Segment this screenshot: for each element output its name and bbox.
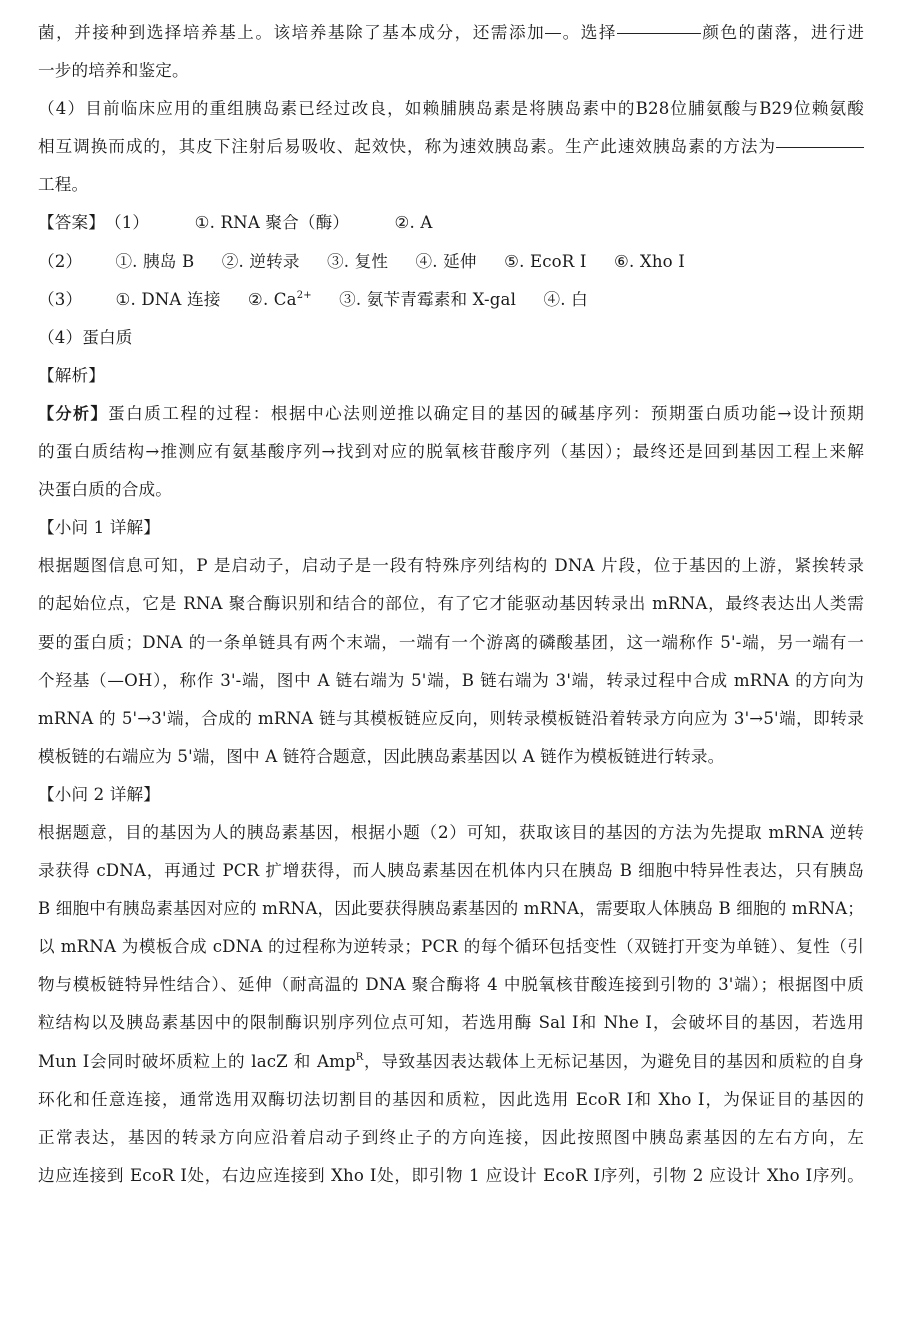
sub2-line-4: 以 mRNA 为模板合成 cDNA 的过程称为逆转录；PCR 的每个循环包括变性… xyxy=(38,928,864,966)
answer-item: ⑤. EcoR Ⅰ xyxy=(504,243,587,281)
answer-row-2: （2） ①. 胰岛 B ②. 逆转录 ③. 复性 ④. 延伸 ⑤. EcoR Ⅰ… xyxy=(38,243,864,281)
answer-item: 蛋白质 xyxy=(82,328,132,347)
answer-item: ②. Ca2+ xyxy=(248,281,312,319)
answer-item: ③. 复性 xyxy=(327,243,388,281)
analysis-line-2: 的蛋白质结构→推测应有氨基酸序列→找到对应的脱氧核苷酸序列（基因）；最终还是回到… xyxy=(38,433,864,471)
question-4-line-2: 相互调换而成的，其皮下注射后易吸收、起效快，称为速效胰岛素。生产此速效胰岛素的方… xyxy=(38,128,864,166)
answer-row-number: （3） xyxy=(38,281,110,319)
answer-item: ④. 延伸 xyxy=(416,243,477,281)
answer-row-number: （1） xyxy=(105,204,149,242)
text-segment: ，导致基因表达载体上无标记基因，为避免目的基因和质粒的自身 xyxy=(363,1052,864,1071)
answer-item: ④. 白 xyxy=(544,281,588,319)
text-segment: ②. Ca xyxy=(248,290,297,309)
sub2-line-7: Mun Ⅰ会同时破坏质粒上的 lacZ 和 AmpR，导致基因表达载体上无标记基… xyxy=(38,1043,864,1081)
sub2-line-9: 正常表达，基因的转录方向应沿着启动子到终止子的方向连接，因此按照图中胰岛素基因的… xyxy=(38,1119,864,1157)
answer-blank xyxy=(776,146,864,148)
sub1-line-1: 根据题图信息可知，P 是启动子，启动子是一段有特殊序列结构的 DNA 片段，位于… xyxy=(38,547,864,585)
sub1-label: 【小问 1 详解】 xyxy=(38,509,864,547)
sub1-line-4: 个羟基（—OH），称作 3'-端，图中 A 链右端为 5'端，B 链右端为 3'… xyxy=(38,662,864,700)
sub2-label: 【小问 2 详解】 xyxy=(38,776,864,814)
analysis-line-3: 决蛋白质的合成。 xyxy=(38,471,864,509)
question-tail-line-2: 一步的培养和鉴定。 xyxy=(38,52,864,90)
answer-blank xyxy=(617,32,701,34)
answer-blank xyxy=(545,32,561,34)
analysis-line-1: 【分析】蛋白质工程的过程：根据中心法则逆推以确定目的基因的碱基序列：预期蛋白质功… xyxy=(38,395,864,433)
sub2-line-8: 环化和任意连接，通常选用双酶切法切割目的基因和质粒，因此选用 EcoR Ⅰ和 X… xyxy=(38,1081,864,1119)
document-page: 菌，并接种到选择培养基上。该培养基除了基本成分，还需添加。选择颜色的菌落，进行进… xyxy=(0,0,900,1338)
superscript: 2+ xyxy=(297,290,312,301)
sub2-line-10: 边应连接到 EcoR Ⅰ处，右边应连接到 Xho Ⅰ处，即引物 1 应设计 Ec… xyxy=(38,1157,864,1195)
question-4-line-1: （4）目前临床应用的重组胰岛素已经过改良，如赖脯胰岛素是将胰岛素中的B28位脯氨… xyxy=(38,90,864,128)
answer-item: ①. DNA 连接 xyxy=(115,281,220,319)
sub2-line-5: 物与模板链特异性结合）、延伸（耐高温的 DNA 聚合酶将 4 中脱氧核苷酸连接到… xyxy=(38,966,864,1004)
sub1-line-3: 要的蛋白质；DNA 的一条单链具有两个末端，一端有一个游离的磷酸基团，这一端称作… xyxy=(38,624,864,662)
text-segment: Mun Ⅰ会同时破坏质粒上的 lacZ 和 Amp xyxy=(38,1052,356,1071)
sub2-line-6: 粒结构以及胰岛素基因中的限制酶识别序列位点可知，若选用酶 Sal Ⅰ和 Nhe … xyxy=(38,1004,864,1042)
question-4-line-3: 工程。 xyxy=(38,166,864,204)
sub2-line-2: 录获得 cDNA，再通过 PCR 扩增获得，而人胰岛素基因在机体内只在胰岛 B … xyxy=(38,852,864,890)
sub1-line-2: 的起始位点，它是 RNA 聚合酶识别和结合的部位，有了它才能驱动基因转录出 mR… xyxy=(38,585,864,623)
answer-row-number: （2） xyxy=(38,243,110,281)
question-tail-line-1: 菌，并接种到选择培养基上。该培养基除了基本成分，还需添加。选择颜色的菌落，进行进 xyxy=(38,14,864,52)
analysis-label: 【解析】 xyxy=(38,357,864,395)
answer-item: ③. 氨苄青霉素和 X-gal xyxy=(339,281,516,319)
text-segment: 。选择 xyxy=(561,23,617,42)
answer-item: ①. RNA 聚合（酶） xyxy=(195,204,349,242)
sub2-line-3: B 细胞中有胰岛素基因对应的 mRNA，因此要获得胰岛素基因的 mRNA，需要取… xyxy=(38,890,864,928)
answer-row-3: （3） ①. DNA 连接 ②. Ca2+ ③. 氨苄青霉素和 X-gal ④.… xyxy=(38,281,864,319)
text-segment: 颜色的菌落，进行进 xyxy=(701,23,864,42)
sub1-line-5: mRNA 的 5'→3'端，合成的 mRNA 链与其模板链应反向，则转录模板链沿… xyxy=(38,700,864,738)
sub2-line-1: 根据题意，目的基因为人的胰岛素基因，根据小题（2）可知，获取该目的基因的方法为先… xyxy=(38,814,864,852)
text-segment: 蛋白质工程的过程：根据中心法则逆推以确定目的基因的碱基序列：预期蛋白质功能→设计… xyxy=(108,404,864,423)
answer-row-number: （4） xyxy=(38,328,82,347)
sub1-line-6: 模板链的右端应为 5'端，图中 A 链符合题意，因此胰岛素基因以 A 链作为模板… xyxy=(38,738,864,776)
answer-label: 【答案】 xyxy=(38,213,105,232)
answer-item: ②. A xyxy=(395,204,433,242)
answer-item: ①. 胰岛 B xyxy=(115,243,194,281)
fenxi-label: 【分析】 xyxy=(38,404,108,423)
text-segment: 相互调换而成的，其皮下注射后易吸收、起效快，称为速效胰岛素。生产此速效胰岛素的方… xyxy=(38,137,776,156)
answer-row-4: （4）蛋白质 xyxy=(38,319,864,357)
answer-item: ⑥. Xho Ⅰ xyxy=(614,243,685,281)
answer-item: ②. 逆转录 xyxy=(222,243,300,281)
answer-row-1: 【答案】（1） ①. RNA 聚合（酶） ②. A xyxy=(38,204,864,242)
text-segment: 菌，并接种到选择培养基上。该培养基除了基本成分，还需添加 xyxy=(38,23,545,42)
